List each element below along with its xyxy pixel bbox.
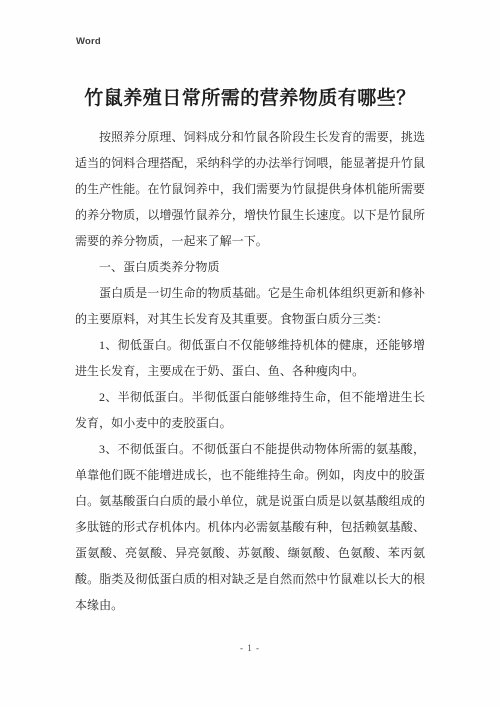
paragraph-protein-intro: 蛋白质是一切生命的物质基础。它是生命机体组织更新和修补的主要原料，对其生长发育及…	[75, 280, 425, 332]
paragraph-intro: 按照养分原理、饲料成分和竹鼠各阶段生长发育的需要，挑选适当的饲料合理搭配，采纳科…	[75, 124, 425, 254]
page-title: 竹鼠养殖日常所需的营养物质有哪些？	[40, 87, 460, 111]
app-label: Word	[76, 36, 101, 47]
document-body: 按照养分原理、饲料成分和竹鼠各阶段生长发育的需要，挑选适当的饲料合理搭配，采纳科…	[75, 124, 425, 618]
document-page: Word 竹鼠养殖日常所需的营养物质有哪些？ 按照养分原理、饲料成分和竹鼠各阶段…	[0, 0, 500, 707]
list-item-semi-complete-protein: 2、半彻低蛋白。半彻低蛋白能够维持生命，但不能增进生长发育，如小麦中的麦胶蛋白。	[75, 384, 425, 436]
page-number: - 1 -	[0, 643, 500, 653]
list-item-complete-protein: 1、彻低蛋白。彻低蛋白不仅能够维持机体的健康，还能够增进生长发育，主要成在于奶、…	[75, 332, 425, 384]
section-heading-protein: 一、蛋白质类养分物质	[75, 254, 425, 280]
list-item-incomplete-protein: 3、不彻低蛋白。不彻低蛋白不能提供动物体所需的氨基酸，单靠他们既不能增进成长，也…	[75, 436, 425, 618]
